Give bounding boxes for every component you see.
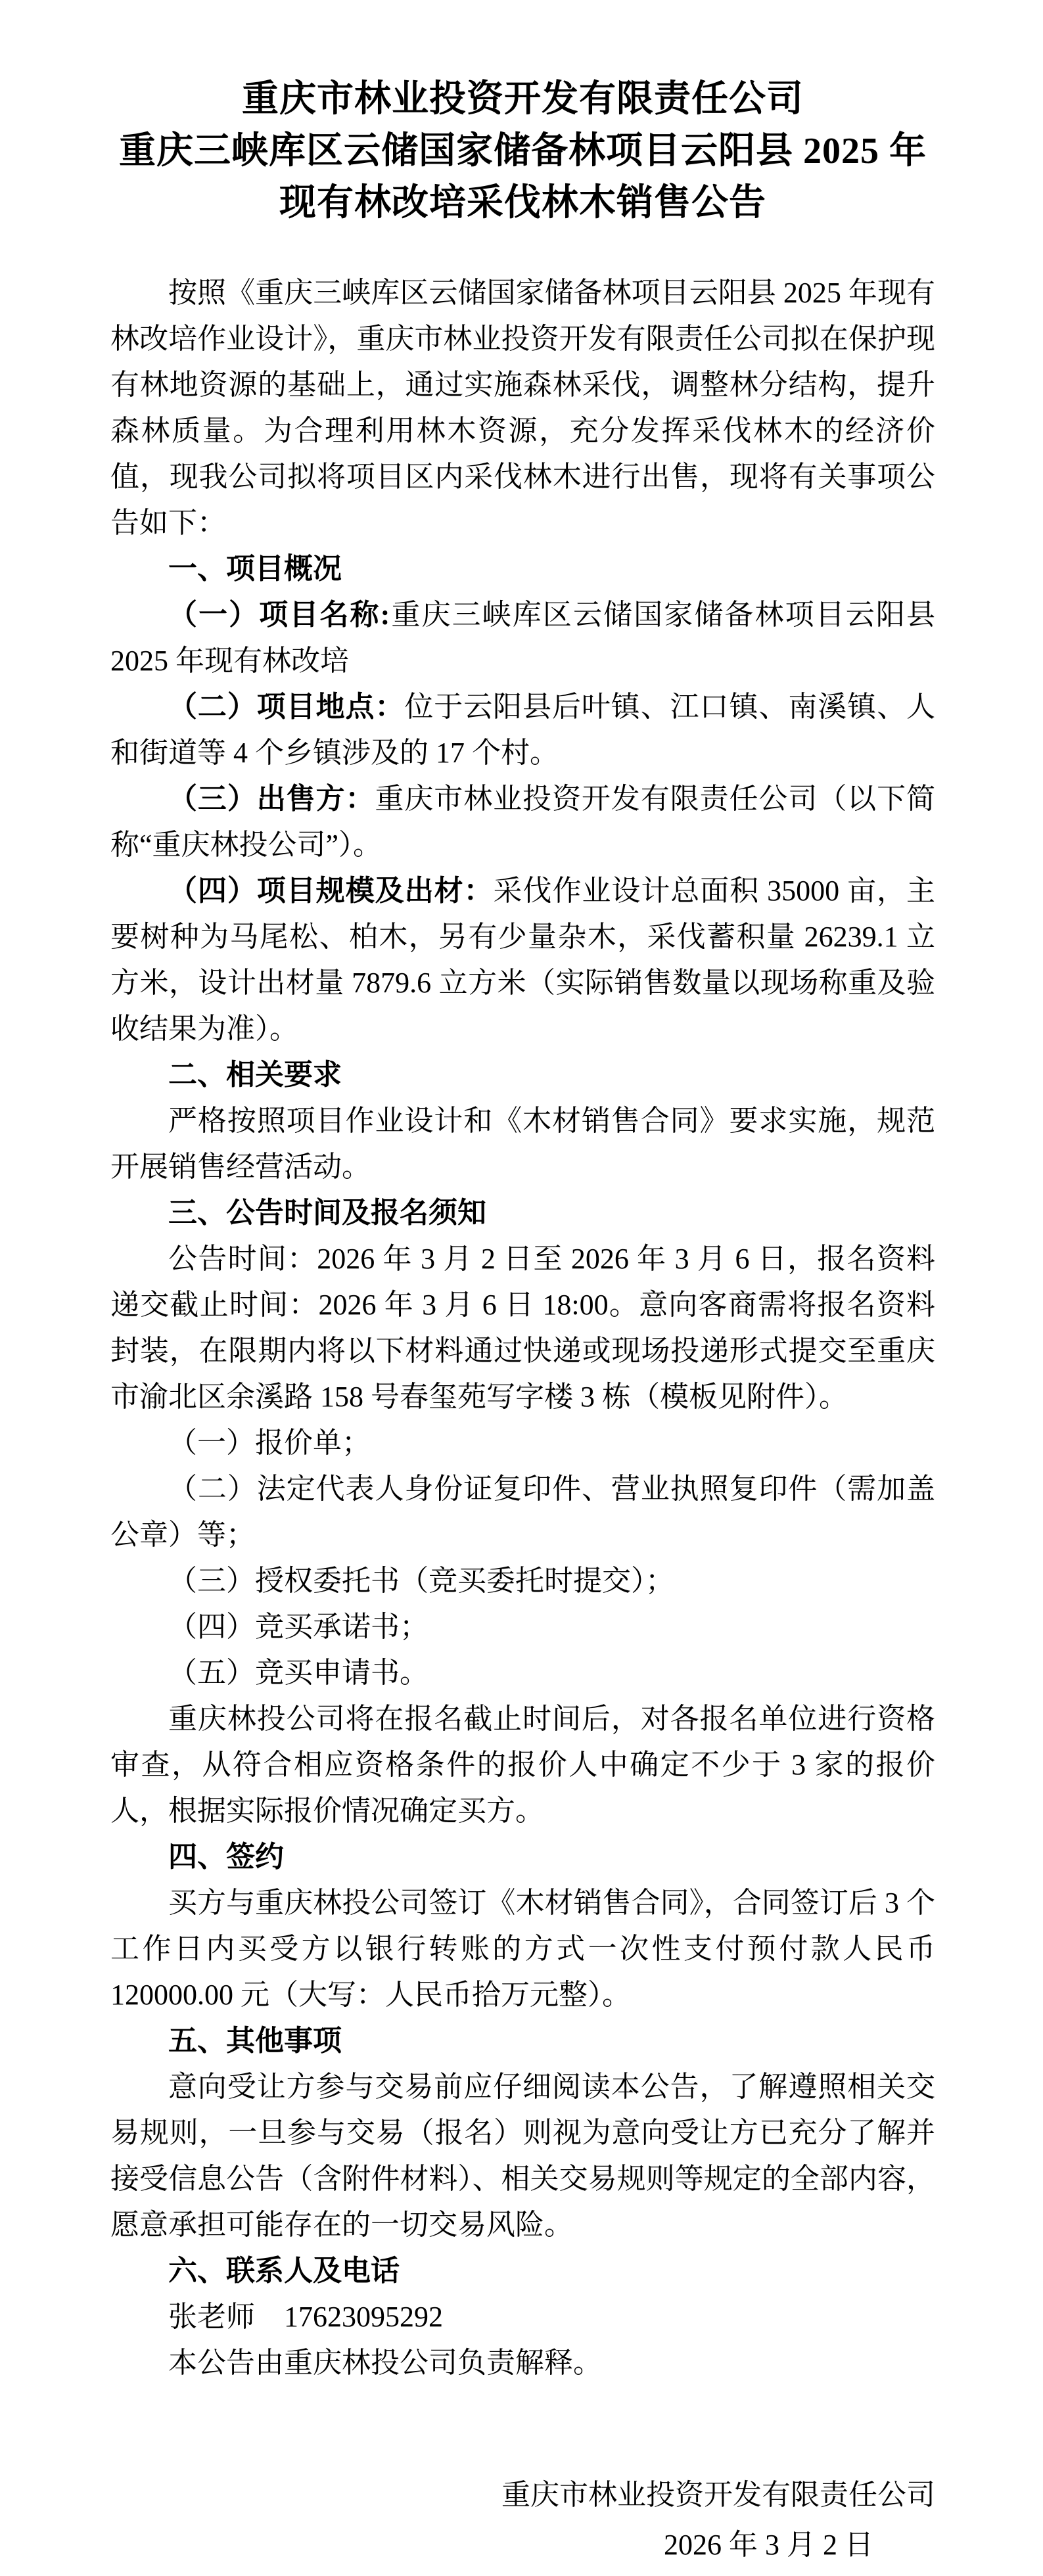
section-1-item-3-label: （三）出售方： <box>168 783 375 815</box>
signature-block: 重庆市林业投资开发有限责任公司 2026 年 3 月 2 日 <box>110 2470 935 2570</box>
title-line-2: 重庆三峡库区云储国家储备林项目云阳县 2025 年 <box>110 126 935 177</box>
section-3-list-item-4: （四）竞买承诺书； <box>110 1604 935 1650</box>
title-line-1: 重庆市林业投资开发有限责任公司 <box>110 74 935 126</box>
section-4-body: 买方与重庆林投公司签订《木材销售合同》，合同签订后 3 个工作日内买受方以银行转… <box>110 1880 935 2018</box>
section-3-heading: 三、公告时间及报名须知 <box>110 1190 935 1236</box>
section-1-heading: 一、项目概况 <box>110 546 935 592</box>
section-3-list-item-2: （二）法定代表人身份证复印件、营业执照复印件（需加盖公章）等； <box>110 1466 935 1558</box>
section-3-list-item-3: （三）授权委托书（竞买委托时提交）； <box>110 1558 935 1604</box>
section-1-item-1: （一）项目名称:重庆三峡库区云储国家储备林项目云阳县 2025 年现有林改培 <box>110 592 935 684</box>
interpretation-note: 本公告由重庆林投公司负责解释。 <box>110 2340 935 2386</box>
section-5-body: 意向受让方参与交易前应仔细阅读本公告，了解遵照相关交易规则，一旦参与交易（报名）… <box>110 2064 935 2248</box>
contact-line: 张老师 17623095292 <box>110 2294 935 2340</box>
section-3-list-item-1: （一）报价单； <box>110 1420 935 1466</box>
signature-date: 2026 年 3 月 2 日 <box>110 2520 935 2570</box>
announcement-document: 重庆市林业投资开发有限责任公司 重庆三峡库区云储国家储备林项目云阳县 2025 … <box>0 0 1043 2576</box>
section-1-item-3: （三）出售方：重庆市林业投资开发有限责任公司（以下简称“重庆林投公司”）。 <box>110 776 935 868</box>
section-2-body: 严格按照项目作业设计和《木材销售合同》要求实施，规范开展销售经营活动。 <box>110 1098 935 1190</box>
section-1-item-4-label: （四）项目规模及出材： <box>168 875 494 907</box>
intro-paragraph: 按照《重庆三峡库区云储国家储备林项目云阳县 2025 年现有林改培作业设计》，重… <box>110 270 935 546</box>
section-5-heading: 五、其他事项 <box>110 2018 935 2064</box>
section-3-list-item-5: （五）竞买申请书。 <box>110 1650 935 1696</box>
section-3-review-paragraph: 重庆林投公司将在报名截止时间后，对各报名单位进行资格审查，从符合相应资格条件的报… <box>110 1696 935 1834</box>
section-6-heading: 六、联系人及电话 <box>110 2248 935 2294</box>
section-1-item-2-label: （二）项目地点： <box>168 691 404 723</box>
section-1-item-2: （二）项目地点：位于云阳县后叶镇、江口镇、南溪镇、人和街道等 4 个乡镇涉及的 … <box>110 684 935 776</box>
document-body: 按照《重庆三峡库区云储国家储备林项目云阳县 2025 年现有林改培作业设计》，重… <box>110 270 935 2386</box>
title-line-3: 现有林改培采伐林木销售公告 <box>110 177 935 229</box>
section-2-heading: 二、相关要求 <box>110 1052 935 1098</box>
section-3-intro: 公告时间：2026 年 3 月 2 日至 2026 年 3 月 6 日，报名资料… <box>110 1236 935 1420</box>
document-title: 重庆市林业投资开发有限责任公司 重庆三峡库区云储国家储备林项目云阳县 2025 … <box>110 74 935 229</box>
signature-organization: 重庆市林业投资开发有限责任公司 <box>110 2470 935 2520</box>
section-1-item-1-label: （一）项目名称: <box>168 599 390 631</box>
section-1-item-4: （四）项目规模及出材：采伐作业设计总面积 35000 亩，主要树种为马尾松、柏木… <box>110 868 935 1052</box>
section-4-heading: 四、签约 <box>110 1834 935 1880</box>
